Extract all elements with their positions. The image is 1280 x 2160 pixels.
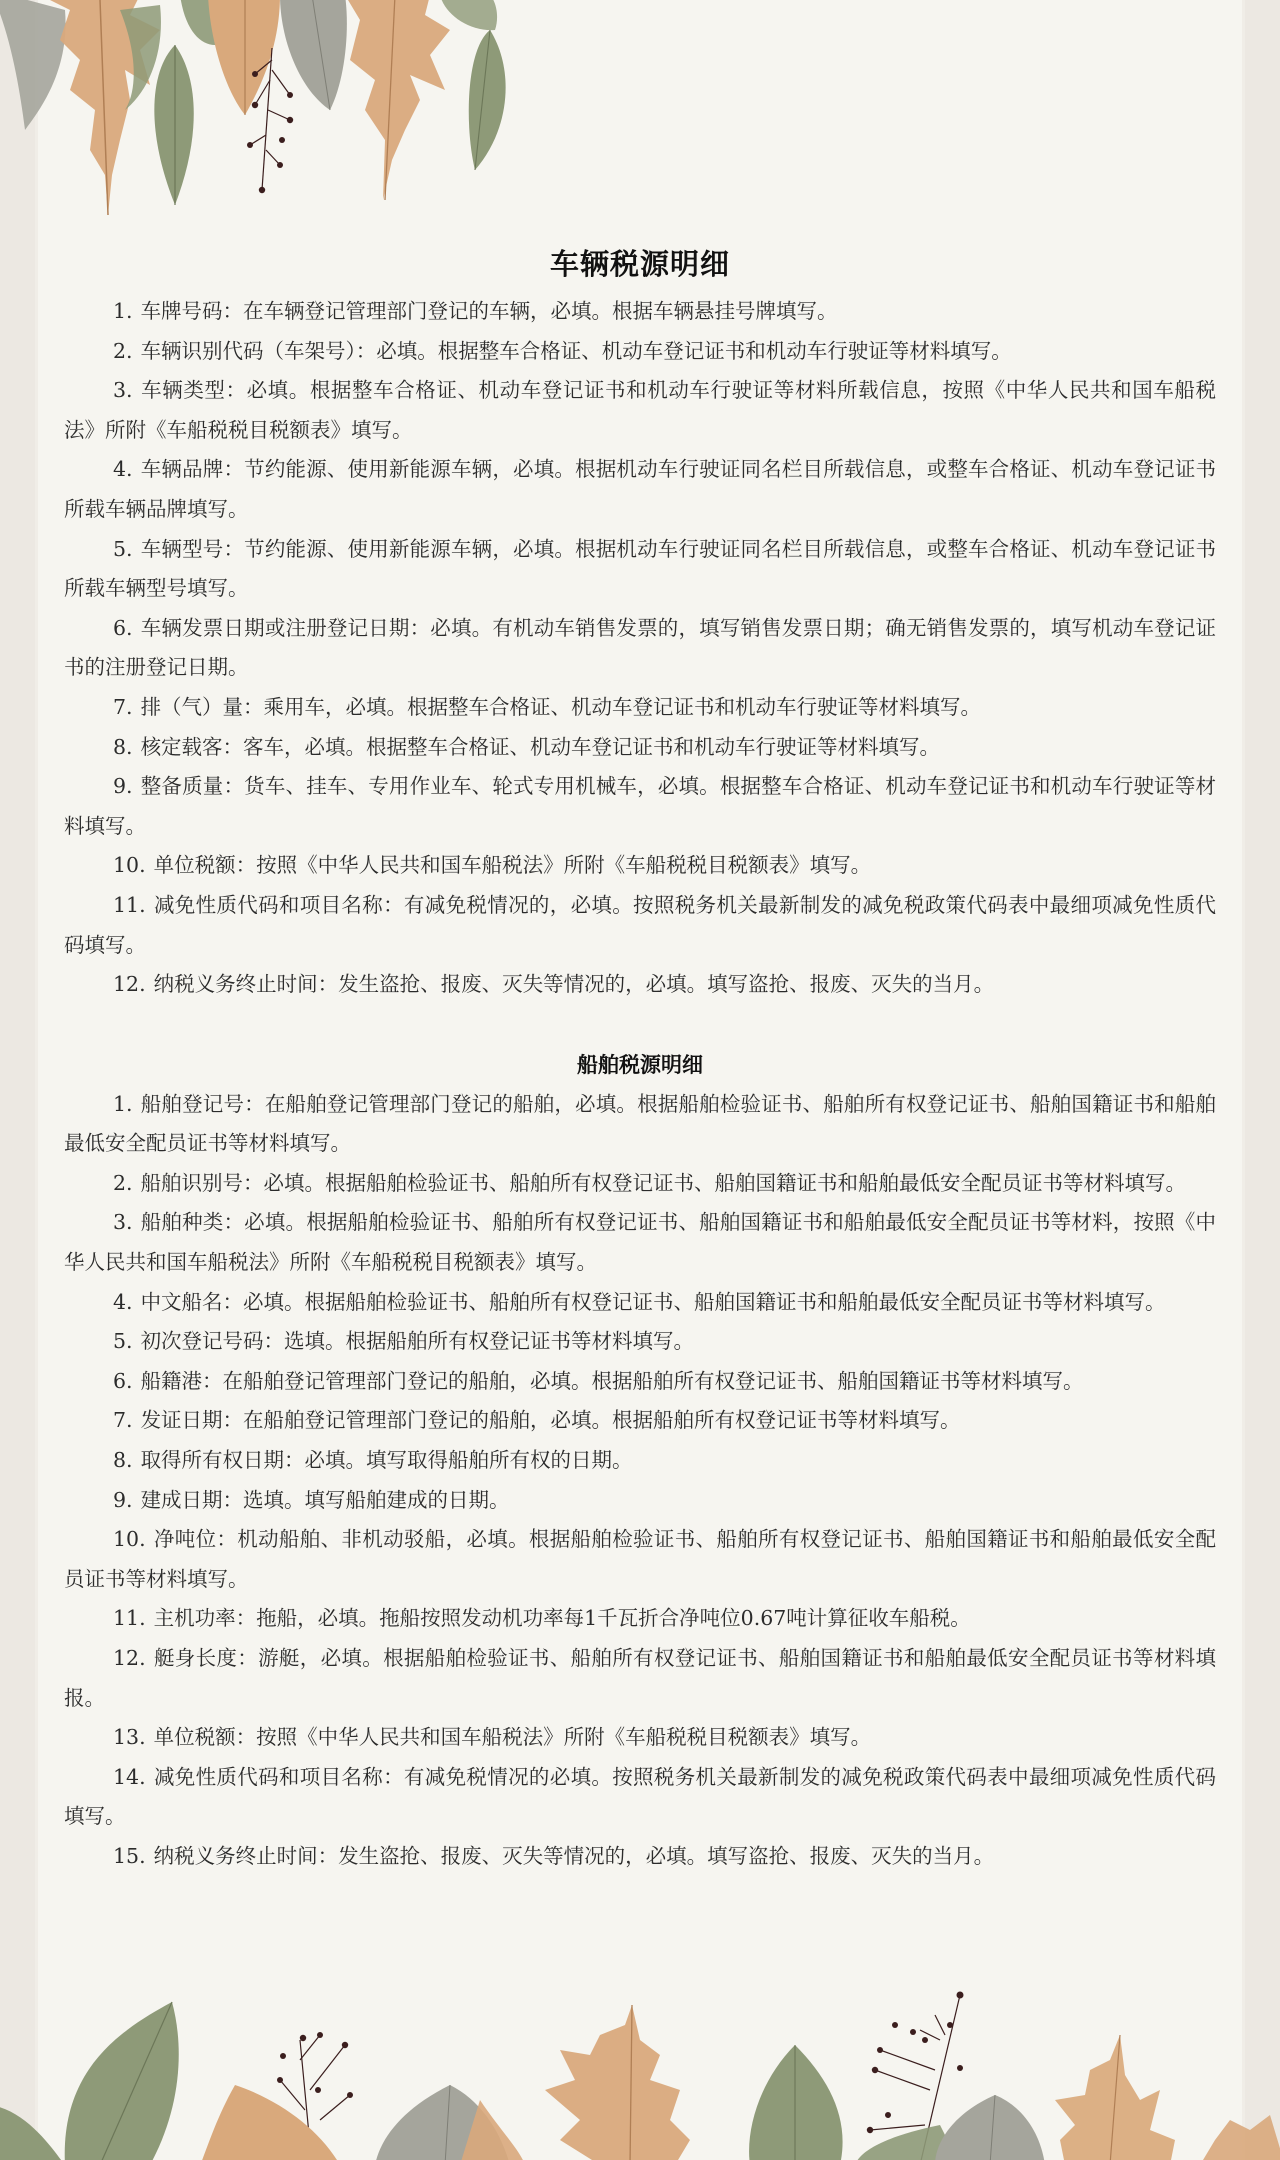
list-item: 12.艇身长度：游艇，必填。根据船舶检验证书、船舶所有权登记证书、船舶国籍证书和…	[64, 1639, 1216, 1718]
item-text: 车辆型号：节约能源、使用新能源车辆，必填。根据机动车行驶证同名栏目所载信息，或整…	[64, 537, 1216, 601]
item-number: 7.	[113, 695, 133, 719]
item-number: 11.	[113, 893, 146, 917]
item-text: 发证日期：在船舶登记管理部门登记的船舶，必填。根据船舶所有权登记证书等材料填写。	[141, 1408, 961, 1432]
list-item: 10.单位税额：按照《中华人民共和国车船税法》所附《车船税税目税额表》填写。	[64, 846, 1216, 886]
item-text: 净吨位：机动船舶、非机动驳船，必填。根据船舶检验证书、船舶所有权登记证书、船舶国…	[64, 1527, 1216, 1591]
item-text: 整备质量：货车、挂车、专用作业车、轮式专用机械车，必填。根据整车合格证、机动车登…	[64, 774, 1216, 838]
item-text: 船舶识别号：必填。根据船舶检验证书、船舶所有权登记证书、船舶国籍证书和船舶最低安…	[141, 1171, 1187, 1195]
vessel-section-list: 1.船舶登记号：在船舶登记管理部门登记的船舶，必填。根据船舶检验证书、船舶所有权…	[64, 1085, 1216, 1877]
list-item: 11.主机功率：拖船，必填。拖船按照发动机功率每1千瓦折合净吨位0.67吨计算征…	[64, 1599, 1216, 1639]
item-number: 13.	[113, 1725, 146, 1749]
item-text: 核定载客：客车，必填。根据整车合格证、机动车登记证书和机动车行驶证等材料填写。	[141, 735, 941, 759]
item-text: 车辆品牌：节约能源、使用新能源车辆，必填。根据机动车行驶证同名栏目所载信息，或整…	[64, 457, 1216, 521]
list-item: 8.取得所有权日期：必填。填写取得船舶所有权的日期。	[64, 1441, 1216, 1481]
item-number: 3.	[113, 378, 133, 402]
vehicle-section-list: 1.车牌号码：在车辆登记管理部门登记的车辆，必填。根据车辆悬挂号牌填写。 2.车…	[64, 292, 1216, 1005]
item-number: 11.	[113, 1606, 146, 1630]
item-text: 纳税义务终止时间：发生盗抢、报废、灭失等情况的，必填。填写盗抢、报废、灭失的当月…	[154, 1844, 995, 1868]
item-number: 4.	[113, 1290, 133, 1314]
item-text: 中文船名：必填。根据船舶检验证书、船舶所有权登记证书、船舶国籍证书和船舶最低安全…	[141, 1290, 1166, 1314]
item-text: 艇身长度：游艇，必填。根据船舶检验证书、船舶所有权登记证书、船舶国籍证书和船舶最…	[64, 1646, 1216, 1710]
list-item: 12.纳税义务终止时间：发生盗抢、报废、灭失等情况的，必填。填写盗抢、报废、灭失…	[64, 965, 1216, 1005]
vessel-section-title: 船舶税源明细	[64, 1045, 1216, 1085]
item-text: 初次登记号码：选填。根据船舶所有权登记证书等材料填写。	[141, 1329, 695, 1353]
list-item: 13.单位税额：按照《中华人民共和国车船税法》所附《车船税税目税额表》填写。	[64, 1718, 1216, 1758]
item-text: 船籍港：在船舶登记管理部门登记的船舶，必填。根据船舶所有权登记证书、船舶国籍证书…	[141, 1369, 1084, 1393]
list-item: 7.发证日期：在船舶登记管理部门登记的船舶，必填。根据船舶所有权登记证书等材料填…	[64, 1401, 1216, 1441]
list-item: 1.船舶登记号：在船舶登记管理部门登记的船舶，必填。根据船舶检验证书、船舶所有权…	[64, 1085, 1216, 1164]
item-number: 15.	[113, 1844, 146, 1868]
item-text: 主机功率：拖船，必填。拖船按照发动机功率每1千瓦折合净吨位0.67吨计算征收车船…	[154, 1606, 971, 1630]
list-item: 2.车辆识别代码（车架号）：必填。根据整车合格证、机动车登记证书和机动车行驶证等…	[64, 332, 1216, 372]
item-text: 车牌号码：在车辆登记管理部门登记的车辆，必填。根据车辆悬挂号牌填写。	[141, 299, 838, 323]
item-number: 9.	[113, 774, 133, 798]
item-number: 8.	[113, 735, 133, 759]
item-number: 2.	[113, 1171, 133, 1195]
item-number: 1.	[113, 1092, 133, 1116]
vehicle-section-title: 车辆税源明细	[64, 244, 1216, 284]
list-item: 10.净吨位：机动船舶、非机动驳船，必填。根据船舶检验证书、船舶所有权登记证书、…	[64, 1520, 1216, 1599]
list-item: 5.车辆型号：节约能源、使用新能源车辆，必填。根据机动车行驶证同名栏目所载信息，…	[64, 530, 1216, 609]
item-number: 6.	[113, 616, 133, 640]
list-item: 15.纳税义务终止时间：发生盗抢、报废、灭失等情况的，必填。填写盗抢、报废、灭失…	[64, 1837, 1216, 1877]
item-text: 船舶登记号：在船舶登记管理部门登记的船舶，必填。根据船舶检验证书、船舶所有权登记…	[64, 1092, 1216, 1156]
item-text: 单位税额：按照《中华人民共和国车船税法》所附《车船税税目税额表》填写。	[154, 853, 872, 877]
list-item: 5.初次登记号码：选填。根据船舶所有权登记证书等材料填写。	[64, 1322, 1216, 1362]
item-text: 车辆发票日期或注册登记日期：必填。有机动车销售发票的，填写销售发票日期；确无销售…	[64, 616, 1216, 680]
item-text: 车辆识别代码（车架号）：必填。根据整车合格证、机动车登记证书和机动车行驶证等材料…	[141, 339, 1012, 363]
item-text: 车辆类型：必填。根据整车合格证、机动车登记证书和机动车行驶证等材料所载信息，按照…	[64, 378, 1216, 442]
item-number: 4.	[113, 457, 133, 481]
list-item: 7.排（气）量：乘用车，必填。根据整车合格证、机动车登记证书和机动车行驶证等材料…	[64, 688, 1216, 728]
item-number: 10.	[113, 1527, 146, 1551]
list-item: 4.中文船名：必填。根据船舶检验证书、船舶所有权登记证书、船舶国籍证书和船舶最低…	[64, 1283, 1216, 1323]
item-number: 1.	[113, 299, 133, 323]
list-item: 6.车辆发票日期或注册登记日期：必填。有机动车销售发票的，填写销售发票日期；确无…	[64, 609, 1216, 688]
list-item: 9.建成日期：选填。填写船舶建成的日期。	[64, 1481, 1216, 1521]
list-item: 2.船舶识别号：必填。根据船舶检验证书、船舶所有权登记证书、船舶国籍证书和船舶最…	[64, 1164, 1216, 1204]
list-item: 4.车辆品牌：节约能源、使用新能源车辆，必填。根据机动车行驶证同名栏目所载信息，…	[64, 450, 1216, 529]
item-number: 9.	[113, 1488, 133, 1512]
list-item: 3.车辆类型：必填。根据整车合格证、机动车登记证书和机动车行驶证等材料所载信息，…	[64, 371, 1216, 450]
section-gap	[64, 1005, 1216, 1045]
list-item: 9.整备质量：货车、挂车、专用作业车、轮式专用机械车，必填。根据整车合格证、机动…	[64, 767, 1216, 846]
list-item: 3.船舶种类：必填。根据船舶检验证书、船舶所有权登记证书、船舶国籍证书和船舶最低…	[64, 1203, 1216, 1282]
item-text: 减免性质代码和项目名称：有减免税情况的必填。按照税务机关最新制发的减免税政策代码…	[64, 1765, 1216, 1829]
item-number: 2.	[113, 339, 133, 363]
item-number: 14.	[113, 1765, 146, 1789]
item-number: 10.	[113, 853, 146, 877]
item-number: 5.	[113, 1329, 133, 1353]
item-text: 纳税义务终止时间：发生盗抢、报废、灭失等情况的，必填。填写盗抢、报废、灭失的当月…	[154, 972, 995, 996]
list-item: 14.减免性质代码和项目名称：有减免税情况的必填。按照税务机关最新制发的减免税政…	[64, 1758, 1216, 1837]
item-text: 单位税额：按照《中华人民共和国车船税法》所附《车船税税目税额表》填写。	[154, 1725, 872, 1749]
item-number: 7.	[113, 1408, 133, 1432]
list-item: 6.船籍港：在船舶登记管理部门登记的船舶，必填。根据船舶所有权登记证书、船舶国籍…	[64, 1362, 1216, 1402]
item-number: 12.	[113, 1646, 146, 1670]
item-number: 5.	[113, 537, 133, 561]
list-item: 8.核定载客：客车，必填。根据整车合格证、机动车登记证书和机动车行驶证等材料填写…	[64, 728, 1216, 768]
item-text: 船舶种类：必填。根据船舶检验证书、船舶所有权登记证书、船舶国籍证书和船舶最低安全…	[64, 1210, 1216, 1274]
item-text: 建成日期：选填。填写船舶建成的日期。	[141, 1488, 510, 1512]
item-text: 排（气）量：乘用车，必填。根据整车合格证、机动车登记证书和机动车行驶证等材料填写…	[141, 695, 982, 719]
item-number: 3.	[113, 1210, 133, 1234]
item-text: 取得所有权日期：必填。填写取得船舶所有权的日期。	[141, 1448, 633, 1472]
item-number: 8.	[113, 1448, 133, 1472]
list-item: 11.减免性质代码和项目名称：有减免税情况的，必填。按照税务机关最新制发的减免税…	[64, 886, 1216, 965]
list-item: 1.车牌号码：在车辆登记管理部门登记的车辆，必填。根据车辆悬挂号牌填写。	[64, 292, 1216, 332]
item-text: 减免性质代码和项目名称：有减免税情况的，必填。按照税务机关最新制发的减免税政策代…	[64, 893, 1216, 957]
document-content: 车辆税源明细 1.车牌号码：在车辆登记管理部门登记的车辆，必填。根据车辆悬挂号牌…	[64, 244, 1216, 1877]
item-number: 6.	[113, 1369, 133, 1393]
item-number: 12.	[113, 972, 146, 996]
